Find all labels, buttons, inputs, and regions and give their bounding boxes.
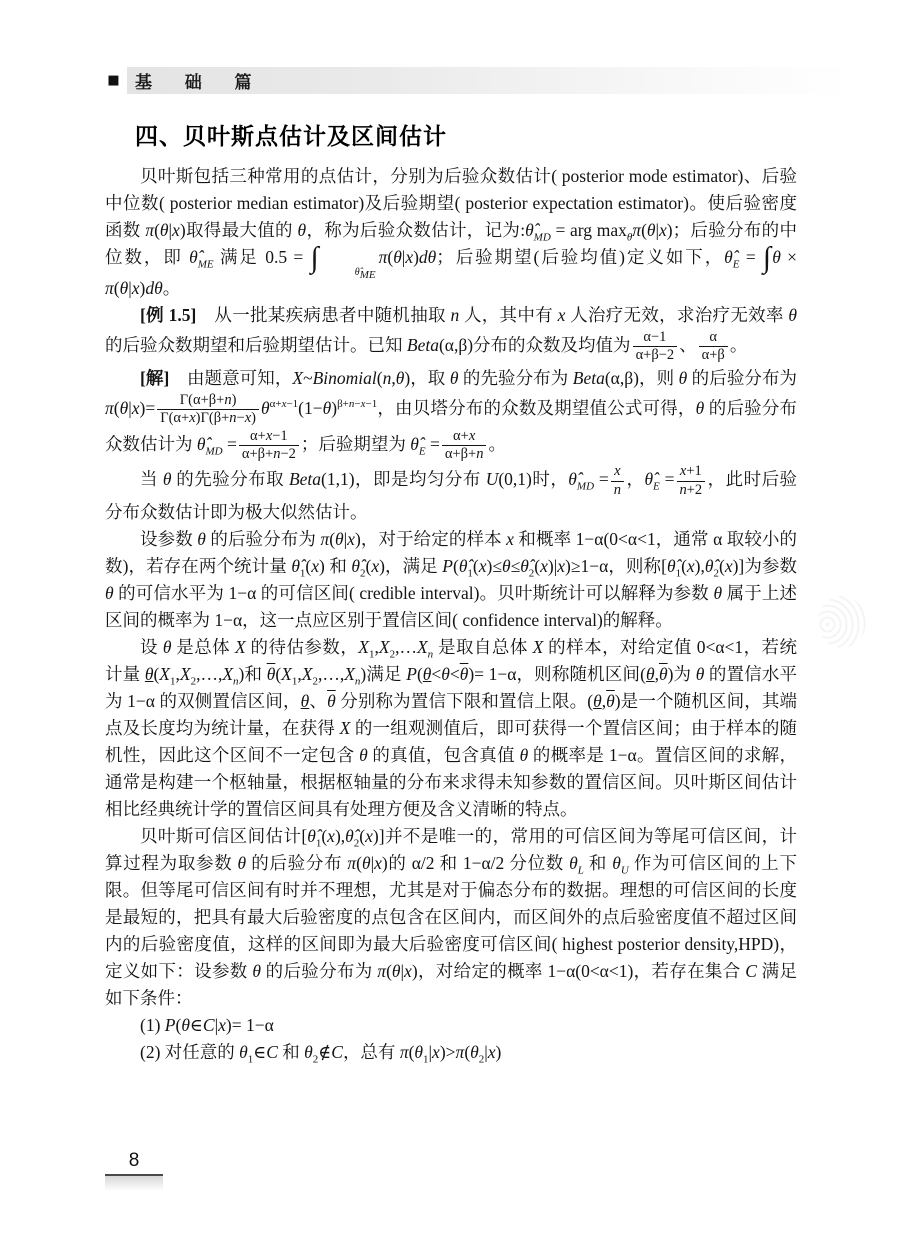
paragraph: (1) P(θ∈C|x)= 1−α [105,1012,797,1039]
page-number: 8 [105,1150,163,1174]
paragraph: 设 θ 是总体 X 的待估参数，X1,X2,…Xn 是取自总体 X 的样本，对给… [105,634,797,823]
header-marker-box: ■ [100,67,127,94]
paragraph: [例 1.5] 从一批某疾病患者中随机抽取 n 人，其中有 x 人治疗无效，求治… [105,302,797,365]
paragraph: [解] 由题意可知，X~Binomial(n,θ)，取 θ 的先验分布为 Bet… [105,365,797,464]
paragraph: 设参数 θ 的后验分布为 π(θ|x)，对于给定的样本 x 和概率 1−α(0<… [105,526,797,634]
square-bullet-icon: ■ [107,74,119,87]
paragraph: (2) 对任意的 θ1∈C 和 θ2∉C，总有 π(θ1|x)>π(θ2|x) [105,1039,797,1066]
paragraph: 贝叶斯包括三种常用的点估计，分别为后验众数估计( posterior mode … [105,163,797,302]
section-title: 四、贝叶斯点估计及区间估计 [135,118,447,151]
embossed-watermark-icon [818,596,866,648]
footer-gradient-bar [105,1176,163,1191]
header-section-label: 基 础 篇 [135,68,265,93]
book-page: ■ 基 础 篇 四、贝叶斯点估计及区间估计 贝叶斯包括三种常用的点估计，分别为后… [0,0,900,1234]
page-footer: 8 [105,1150,163,1191]
paragraph: 贝叶斯可信区间估计[θ̂1(x),θ̂2(x)]并不是唯一的，常用的可信区间为等… [105,823,797,1012]
page-header-band: ■ 基 础 篇 [100,67,890,94]
body-text: 贝叶斯包括三种常用的点估计，分别为后验众数估计( posterior mode … [105,163,797,1066]
paragraph: 当 θ 的先验分布取 Beta(1,1)，即是均匀分布 U(0,1)时，θ̂MD… [105,463,797,526]
